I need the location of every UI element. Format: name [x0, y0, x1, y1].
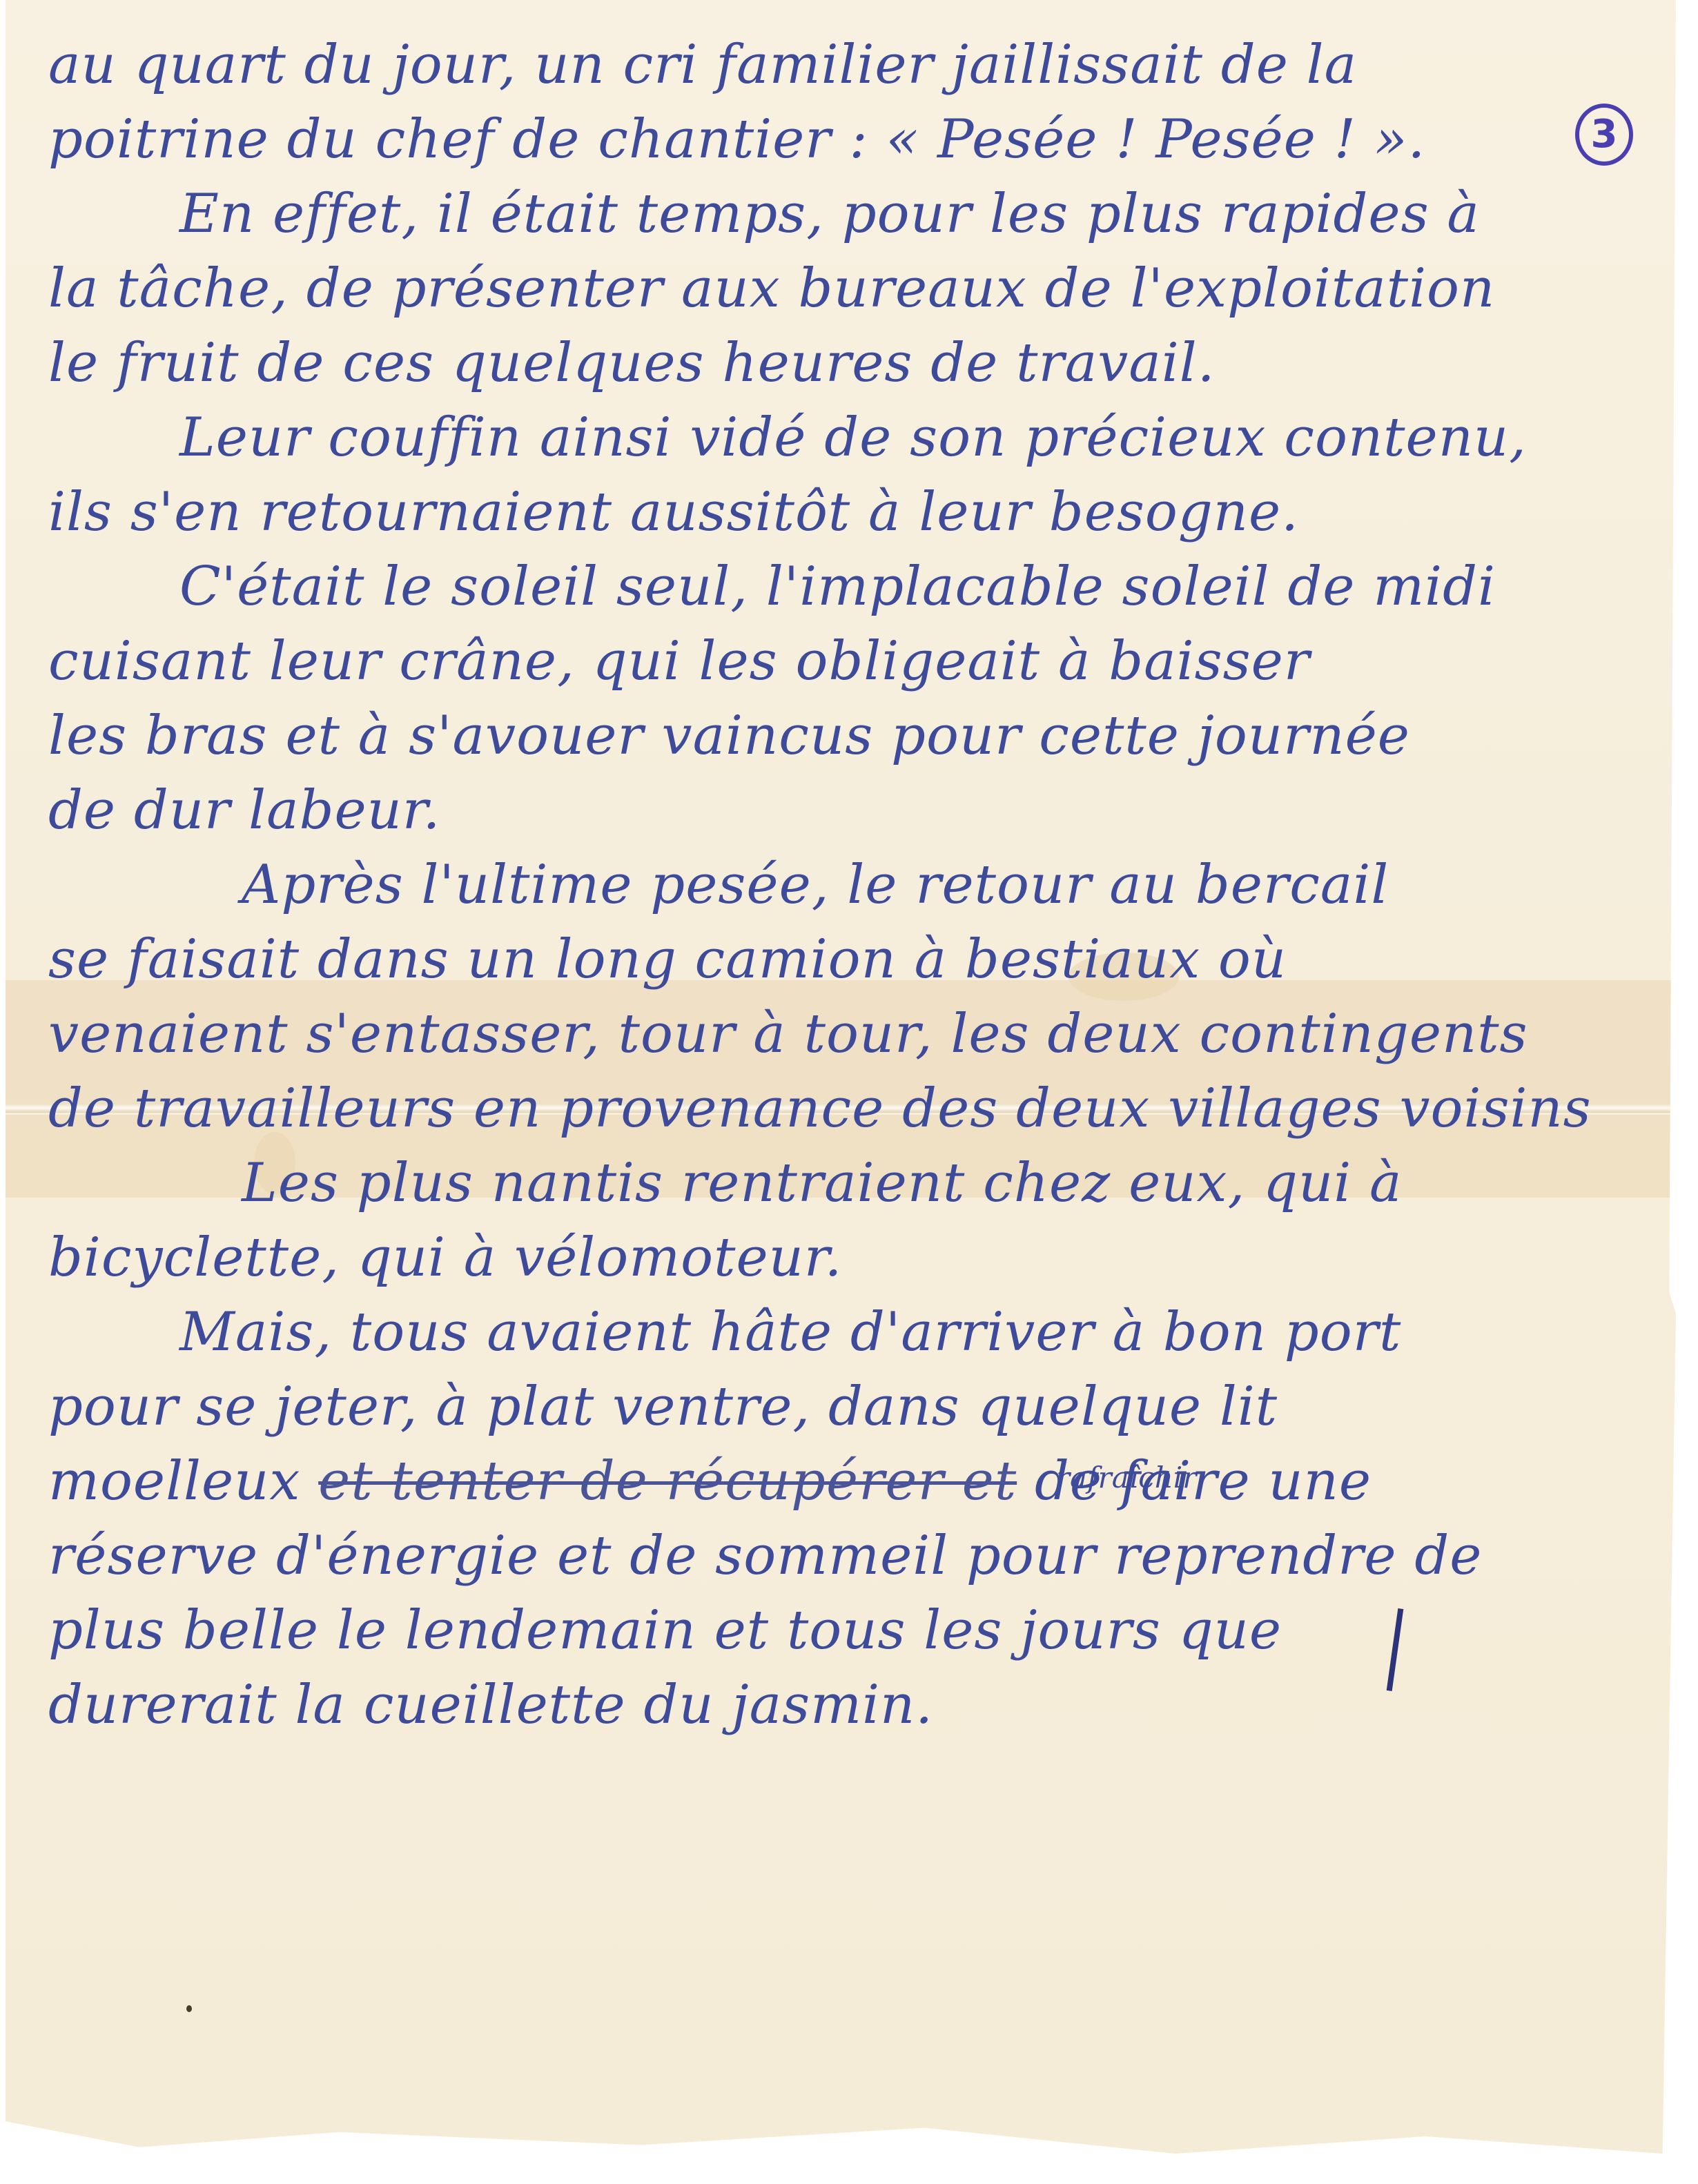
text-line: le fruit de ces quelques heures de trava… — [48, 326, 1636, 400]
ink-speck — [186, 2005, 192, 2012]
text-line: Mais, tous avaient hâte d'arriver à bon … — [48, 1295, 1636, 1369]
text-line: venaient s'entasser, tour à tour, les de… — [48, 997, 1636, 1071]
text-line: réserve d'énergie et de sommeil pour rep… — [48, 1519, 1636, 1593]
text-line: pour se jeter, à plat ventre, dans quelq… — [48, 1369, 1636, 1444]
text-line: de travailleurs en provenance des deux v… — [48, 1071, 1636, 1146]
text-line: bicyclette, qui à vélomoteur. — [48, 1220, 1636, 1295]
text-line: les bras et à s'avouer vaincus pour cett… — [48, 699, 1636, 773]
inserted-word-above-line: rafraîchir — [1056, 1463, 1196, 1492]
text-line: cuisant leur crâne, qui les obligeait à … — [48, 624, 1636, 699]
text-fragment: moelleux — [48, 1450, 300, 1512]
struck-through-text: et tenter de récupérer et — [318, 1450, 1017, 1512]
text-line: Après l'ultime pesée, le retour au berca… — [48, 848, 1636, 922]
text-line: de dur labeur. — [48, 773, 1636, 848]
text-line: se faisait dans un long camion à bestiau… — [48, 922, 1636, 997]
handwritten-text: au quart du jour, un cri familier jailli… — [48, 28, 1636, 1742]
text-line: la tâche, de présenter aux bureaux de l'… — [48, 251, 1636, 326]
text-line: ils s'en retournaient aussitôt à leur be… — [48, 475, 1636, 549]
text-line: durerait la cueillette du jasmin. — [48, 1668, 1636, 1742]
text-line: En effet, il était temps, pour les plus … — [48, 177, 1636, 251]
text-line: Leur couffin ainsi vidé de son précieux … — [48, 400, 1636, 475]
text-line: C'était le soleil seul, l'implacable sol… — [48, 549, 1636, 624]
text-line: Les plus nantis rentraient chez eux, qui… — [48, 1146, 1636, 1220]
text-line-with-correction: moelleux et tenter de récupérer et de fa… — [48, 1444, 1636, 1519]
text-line: poitrine du chef de chantier : « Pesée !… — [48, 102, 1636, 177]
text-line: au quart du jour, un cri familier jailli… — [48, 28, 1636, 102]
